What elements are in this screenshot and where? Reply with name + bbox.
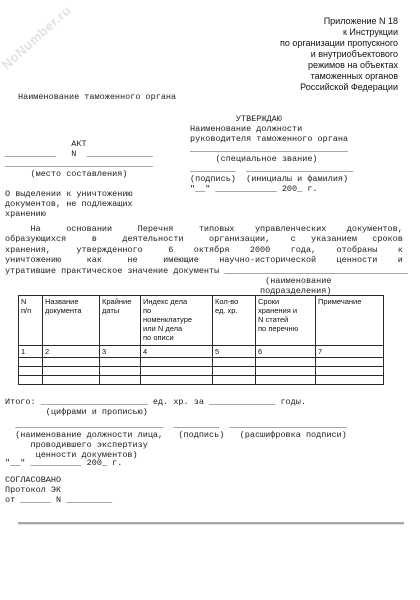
empty-cell [141,358,213,367]
documents-table: N п/п Название документа Крайние даты Ин… [18,295,384,385]
approval-block: УТВЕРЖДАЮ Наименование должности руковод… [190,114,353,194]
empty-cell [19,376,43,385]
empty-cell [100,367,141,376]
empty-cell [213,358,256,367]
empty-cell [100,376,141,385]
basis-paragraph: На основании Перечня типовых управленчес… [5,224,408,297]
agreed-block: СОГЛАСОВАНО Протокол ЭК от ______ N ____… [5,475,112,505]
empty-row [19,358,384,367]
bottom-divider [18,522,404,525]
empty-cell [316,367,384,376]
customs-org-name-line: Наименование таможенного органа [18,92,176,102]
header-cell: Сроки хранения и N статей по перечню [256,296,316,346]
expert-signature-block: _____________________________ _________ … [5,420,347,460]
empty-cell [213,376,256,385]
header-cell: Крайние даты [100,296,141,346]
column-number-cell: 6 [256,346,316,358]
document-page: NoNumber.ru Приложение N 18 к Инструкции… [0,0,420,600]
header-cell: Название документа [43,296,100,346]
column-number-cell: 1 [19,346,43,358]
empty-cell [141,376,213,385]
empty-row [19,376,384,385]
date-line: "__" __________ 200_ г. [5,458,122,468]
empty-cell [141,367,213,376]
header-cell: Примечание [316,296,384,346]
column-number-cell: 7 [316,346,384,358]
watermark-text: NoNumber.ru [0,0,94,93]
header-cell: N п/п [19,296,43,346]
header-cell: Кол-во ед. хр. [213,296,256,346]
totals-line: Итого: _____________________ ед. хр. за … [5,397,306,417]
empty-cell [43,358,100,367]
column-number-cell: 4 [141,346,213,358]
empty-cell [43,376,100,385]
empty-cell [213,367,256,376]
empty-cell [256,376,316,385]
act-title-block: АКТ __________ N _____________ _________… [5,139,153,219]
appendix-header: Приложение N 18 к Инструкции по организа… [280,16,398,93]
empty-cell [43,367,100,376]
table-header-row: N п/п Название документа Крайние даты Ин… [19,296,384,346]
empty-cell [19,367,43,376]
empty-cell [19,358,43,367]
empty-cell [256,358,316,367]
empty-row [19,367,384,376]
column-numbers-row: 1 2 3 4 5 6 7 [19,346,384,358]
empty-cell [100,358,141,367]
column-number-cell: 3 [100,346,141,358]
empty-cell [316,358,384,367]
empty-cell [256,367,316,376]
empty-cell [316,376,384,385]
column-number-cell: 2 [43,346,100,358]
header-cell: Индекс дела по номенклатуре или N дела п… [141,296,213,346]
column-number-cell: 5 [213,346,256,358]
